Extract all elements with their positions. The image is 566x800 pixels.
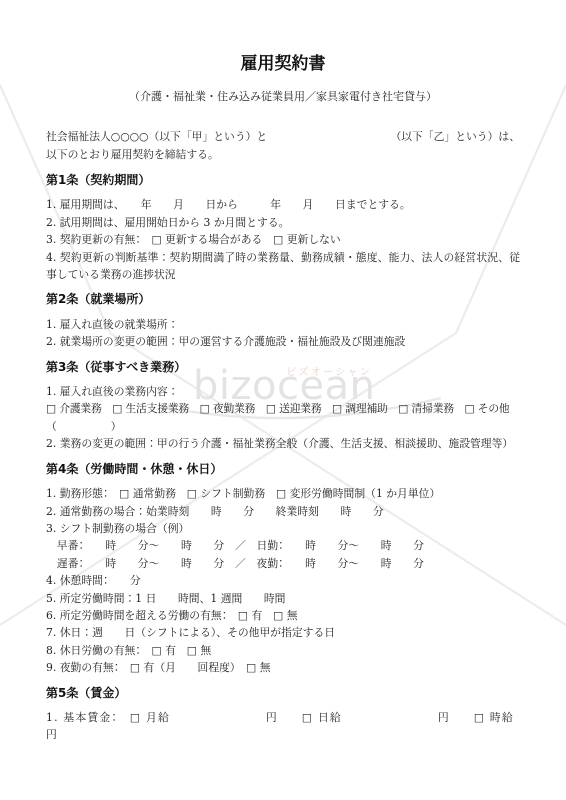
document-content: 雇用契約書 （介護・福祉業・住み込み従業員用／家具家電付き社宅貸与） 社会福祉法…: [46, 52, 520, 744]
contract-line: 1. 雇入れ直後の業務内容：: [46, 383, 520, 400]
contract-line: 1. 雇入れ直後の就業場所：: [46, 316, 520, 333]
contract-line-base-wage: 1. 基本賃金： □ 月給 円 □ 日給 円 □ 時給: [46, 709, 520, 726]
contract-line: 1. 雇用期間は、 年 月 日から 年 月 日までとする。: [46, 196, 520, 213]
intro-parties-row: 社会福祉法人○○○○（以下「甲」という）と （以下「乙」という）は、: [46, 128, 520, 146]
section-heading: 第3条（従事すべき業務）: [46, 359, 520, 376]
section-heading: 第1条（契約期間）: [46, 172, 520, 189]
page-title: 雇用契約書: [46, 52, 520, 76]
contract-line: 4. 休憩時間： 分: [46, 572, 520, 589]
contract-line: 5. 所定労働時間：1 日 時間、1 週間 時間: [46, 590, 520, 607]
page-subtitle: （介護・福祉業・住み込み従業員用／家具家電付き社宅貸与）: [46, 89, 520, 104]
contract-line: 円: [46, 726, 520, 743]
contract-line: 8. 休日労働の有無： □ 有 □ 無: [46, 642, 520, 659]
contract-line: （ ）: [46, 418, 520, 435]
contract-line: 3. シフト制勤務の場合（例）: [46, 520, 520, 537]
contract-line-checkboxes: □ 介護業務 □ 生活支援業務 □ 夜勤業務 □ 送迎業務 □ 調理補助 □ 清…: [46, 400, 520, 417]
intro-closing-line: 以下のとおり雇用契約を締結する。: [46, 146, 520, 164]
contract-line: 2. 通常勤務の場合：始業時刻 時 分 終業時刻 時 分: [46, 503, 520, 520]
contract-line: 9. 夜勤の有無： □ 有（月 回程度） □ 無: [46, 659, 520, 676]
intro-paragraph: 社会福祉法人○○○○（以下「甲」という）と （以下「乙」という）は、 以下のとお…: [46, 128, 520, 164]
contract-line: 6. 所定労働時間を超える労働の有無： □ 有 □ 無: [46, 607, 520, 624]
article-5-wages: 第5条（賃金） 1. 基本賃金： □ 月給 円 □ 日給 円 □ 時給 円: [46, 685, 520, 744]
contract-line: 7. 休日：週 日（シフトによる）、その他甲が指定する日: [46, 624, 520, 641]
contract-line: 3. 契約更新の有無： □ 更新する場合がある □ 更新しない: [46, 231, 520, 248]
contract-line: 2. 試用期間は、雇用開始日から 3 か月間とする。: [46, 214, 520, 231]
contract-line: 2. 業務の変更の範囲：甲の行う介護・福祉業務全般（介護、生活支援、相談援助、施…: [46, 435, 520, 452]
intro-party-b: （以下「乙」という）は、: [390, 128, 520, 146]
contract-line: 4. 契約更新の判断基準：契約期間満了時の業務量、勤務成績・態度、能力、法人の経…: [46, 249, 520, 284]
intro-party-a: 社会福祉法人○○○○（以下「甲」という）と: [46, 128, 267, 146]
section-heading: 第2条（就業場所）: [46, 291, 520, 308]
contract-line: 2. 就業場所の変更の範囲：甲の運営する介護施設・福祉施設及び関連施設: [46, 333, 520, 350]
article-2-workplace: 第2条（就業場所） 1. 雇入れ直後の就業場所： 2. 就業場所の変更の範囲：甲…: [46, 291, 520, 350]
contract-line: 早番： 時 分～ 時 分 ／ 日勤： 時 分～ 時 分: [46, 537, 520, 554]
section-heading: 第4条（労働時間・休憩・休日）: [46, 461, 520, 478]
contract-line: 1. 勤務形態： □ 通常勤務 □ シフト制勤務 □ 変形労働時間制（1 か月単…: [46, 485, 520, 502]
contract-document-page: ビズオーシャン bizocean 雇用契約書 （介護・福祉業・住み込み従業員用／…: [0, 0, 566, 800]
article-1-contract-period: 第1条（契約期間） 1. 雇用期間は、 年 月 日から 年 月 日までとする。 …: [46, 172, 520, 283]
article-3-duties: 第3条（従事すべき業務） 1. 雇入れ直後の業務内容： □ 介護業務 □ 生活支…: [46, 359, 520, 453]
contract-line: 遅番： 時 分～ 時 分 ／ 夜勤： 時 分～ 時 分: [46, 555, 520, 572]
section-heading: 第5条（賃金）: [46, 685, 520, 702]
article-4-working-hours: 第4条（労働時間・休憩・休日） 1. 勤務形態： □ 通常勤務 □ シフト制勤務…: [46, 461, 520, 677]
